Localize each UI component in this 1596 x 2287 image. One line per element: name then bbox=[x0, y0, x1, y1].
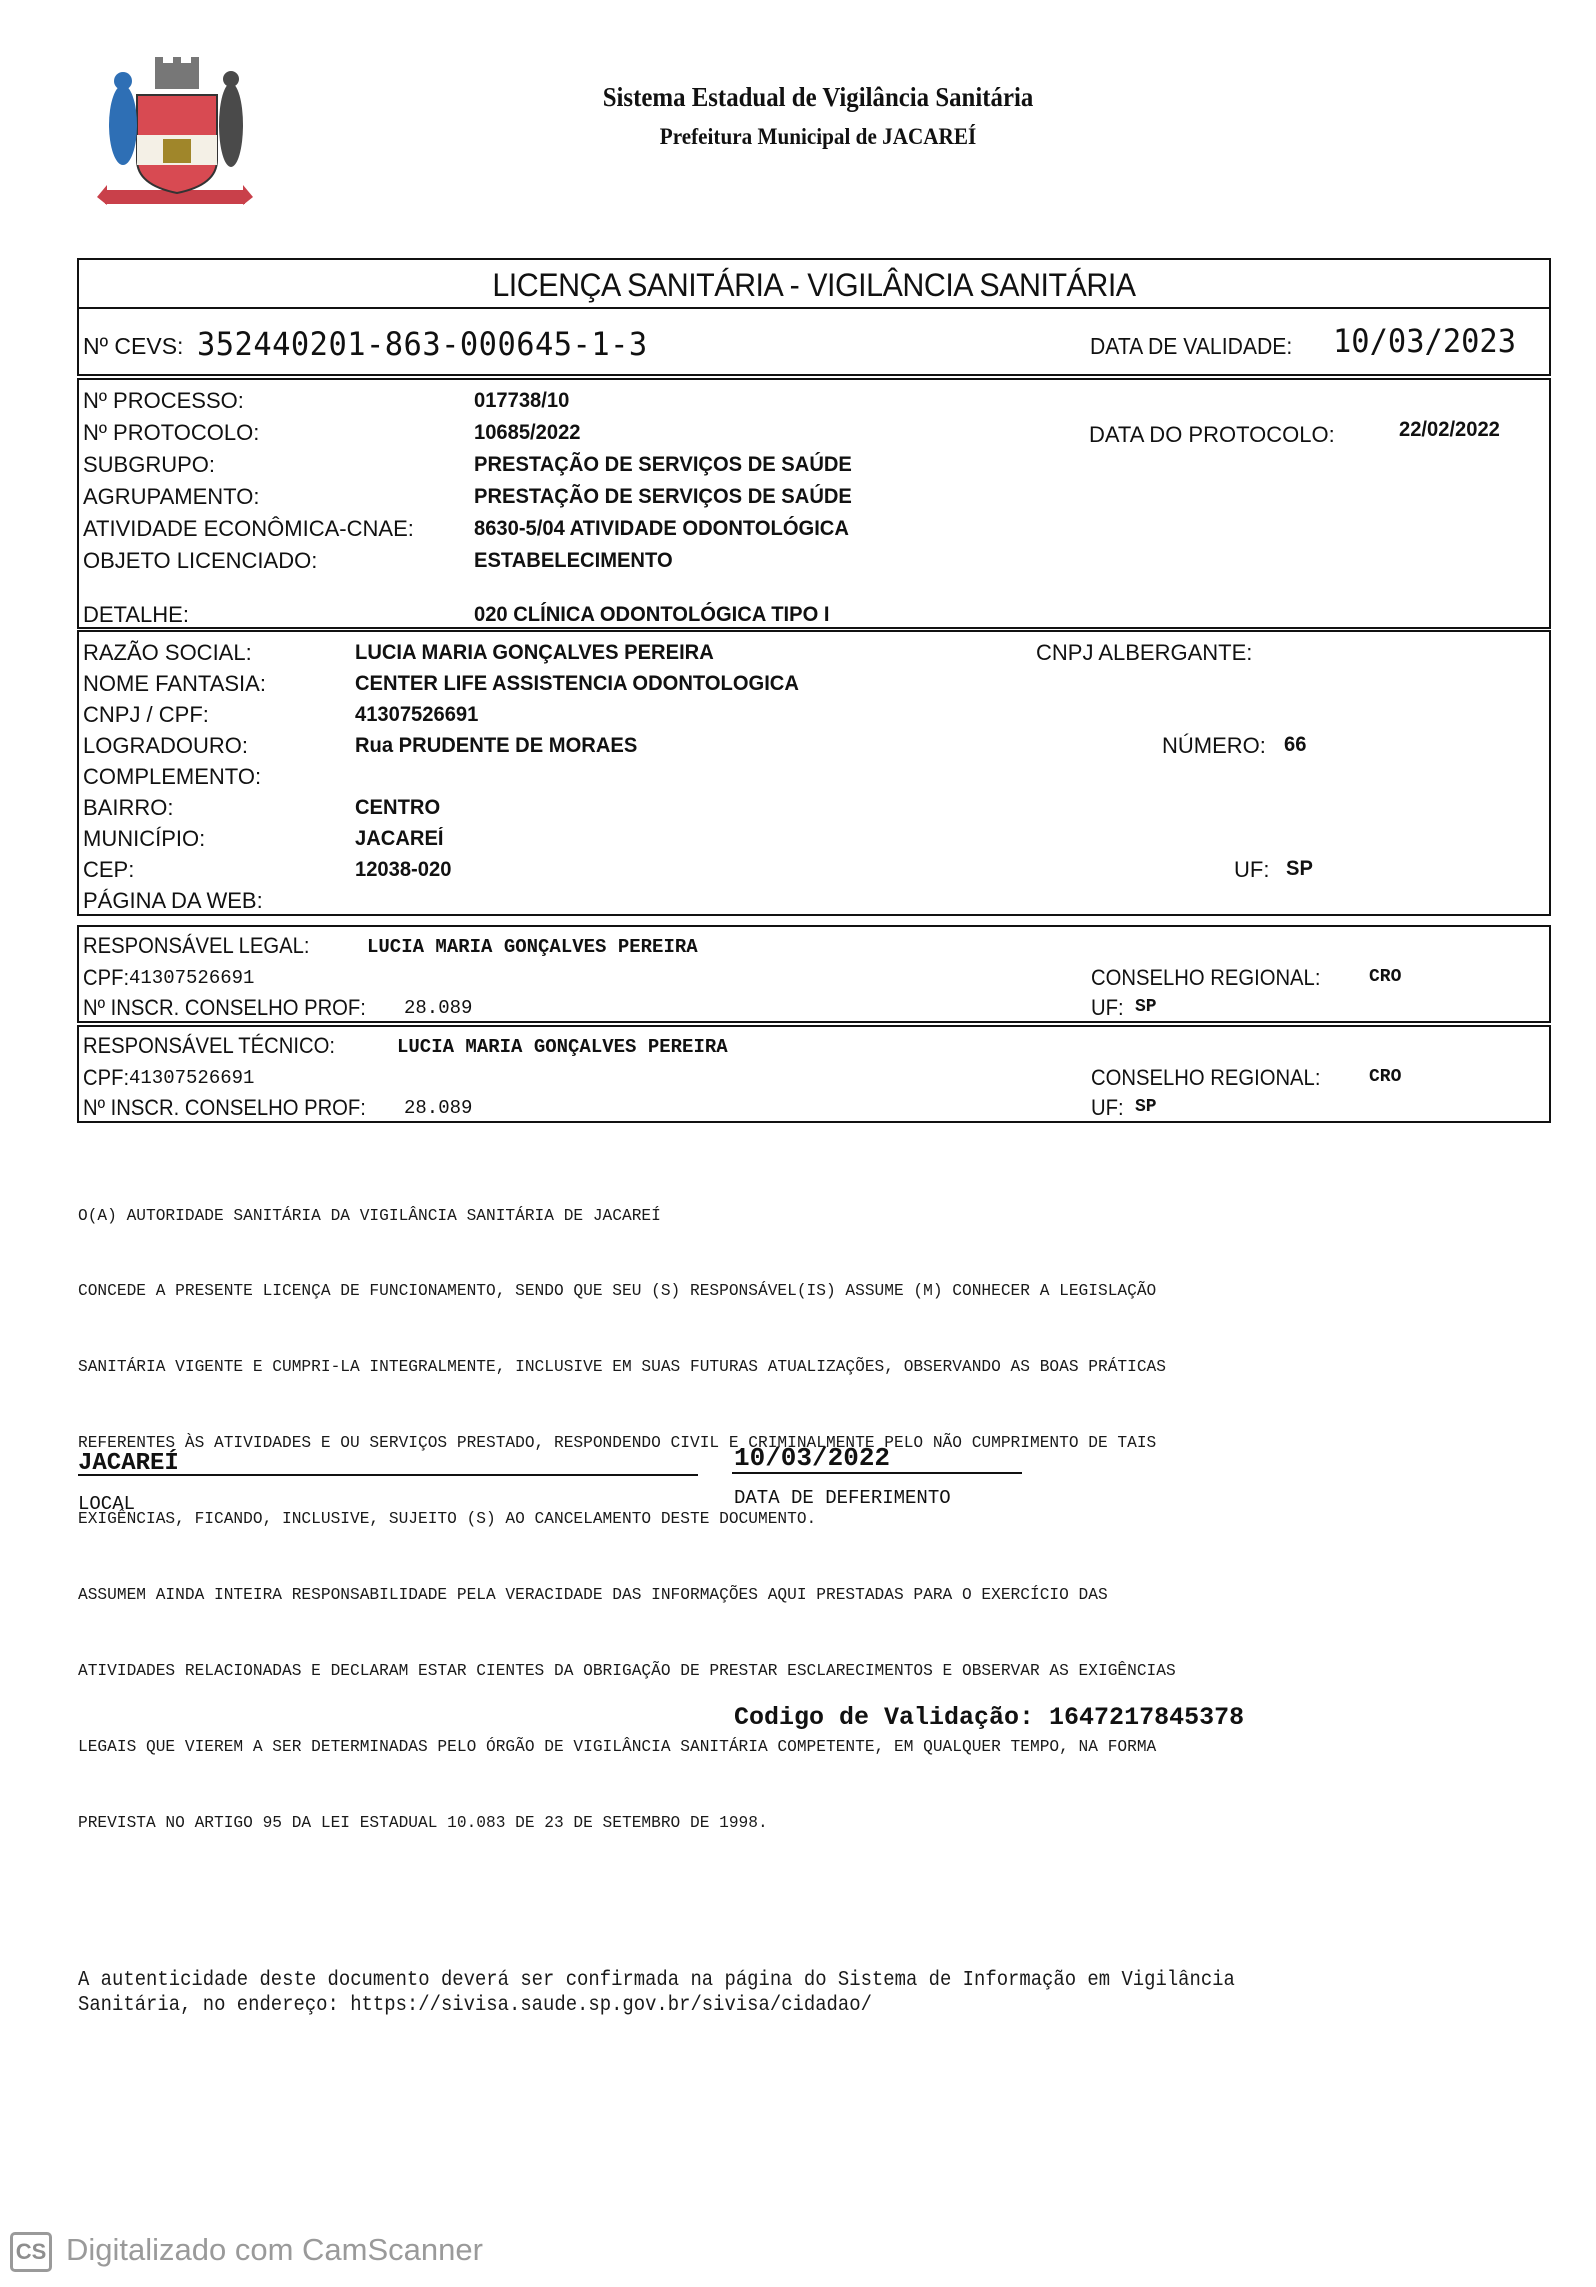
field-value: 41307526691 bbox=[355, 703, 478, 727]
deferimento-date-value: 10/03/2022 bbox=[734, 1443, 890, 1473]
field-label: RAZÃO SOCIAL: bbox=[83, 640, 252, 666]
uf-value: SP bbox=[1286, 857, 1313, 881]
cpf-label: CPF: bbox=[83, 965, 129, 991]
uf-label: UF: bbox=[1091, 1095, 1124, 1121]
declaration-line: CONCEDE A PRESENTE LICENÇA DE FUNCIONAME… bbox=[78, 1279, 1568, 1304]
field-label: Nº PROTOCOLO: bbox=[83, 420, 259, 446]
field-value: PRESTAÇÃO DE SERVIÇOS DE SAÚDE bbox=[474, 485, 852, 509]
deferimento-date-label: DATA DE DEFERIMENTO bbox=[734, 1487, 951, 1509]
header-subtitle: Prefeitura Municipal de JACAREÍ bbox=[65, 124, 1570, 150]
field-label: MUNICÍPIO: bbox=[83, 826, 205, 852]
cevs-value: 352440201-863-000645-1-3 bbox=[197, 325, 648, 363]
cpf-label: CPF: bbox=[83, 1065, 129, 1091]
date-underline bbox=[732, 1472, 1022, 1474]
protocol-date-label: DATA DO PROTOCOLO: bbox=[1089, 422, 1335, 448]
field-value: 017738/10 bbox=[474, 389, 569, 413]
inscr-value: 28.089 bbox=[404, 1097, 472, 1119]
license-title: LICENÇA SANITÁRIA - VIGILÂNCIA SANITÁRIA bbox=[116, 267, 1513, 304]
responsavel-legal-name: LUCIA MARIA GONÇALVES PEREIRA bbox=[367, 936, 698, 958]
inscr-value: 28.089 bbox=[404, 997, 472, 1019]
cevs-label: Nº CEVS: bbox=[83, 333, 183, 360]
establishment-info-box: RAZÃO SOCIAL: LUCIA MARIA GONÇALVES PERE… bbox=[77, 630, 1551, 916]
validation-code: Codigo de Validação: 1647217845378 bbox=[734, 1703, 1244, 1732]
field-value: 12038-020 bbox=[355, 858, 451, 882]
declaration-line: O(A) AUTORIDADE SANITÁRIA DA VIGILÂNCIA … bbox=[78, 1204, 1568, 1229]
field-value: JACAREÍ bbox=[355, 827, 444, 851]
declaration-line: EXIGÊNCIAS, FICANDO, INCLUSIVE, SUJEITO … bbox=[78, 1507, 1568, 1532]
responsavel-tecnico-label: RESPONSÁVEL TÉCNICO: bbox=[83, 1033, 335, 1059]
field-label: COMPLEMENTO: bbox=[83, 764, 261, 790]
uf-value: SP bbox=[1135, 997, 1157, 1017]
field-label: SUBGRUPO: bbox=[83, 452, 215, 478]
responsavel-tecnico-name: LUCIA MARIA GONÇALVES PEREIRA bbox=[397, 1036, 728, 1058]
declaration-line: SANITÁRIA VIGENTE E CUMPRI-LA INTEGRALME… bbox=[78, 1355, 1568, 1380]
field-value: PRESTAÇÃO DE SERVIÇOS DE SAÚDE bbox=[474, 453, 852, 477]
field-label: AGRUPAMENTO: bbox=[83, 484, 259, 510]
camscanner-watermark: Digitalizado com CamScanner bbox=[66, 2232, 483, 2268]
cevs-box: Nº CEVS: 352440201-863-000645-1-3 DATA D… bbox=[77, 307, 1551, 376]
field-value: CENTRO bbox=[355, 796, 440, 820]
cpf-value: 41307526691 bbox=[129, 967, 254, 989]
protocol-date-value: 22/02/2022 bbox=[1399, 418, 1500, 442]
authenticity-note-line: A autenticidade deste documento deverá s… bbox=[78, 1968, 1428, 1993]
field-label: CEP: bbox=[83, 857, 134, 883]
declaration-line: ATIVIDADES RELACIONADAS E DECLARAM ESTAR… bbox=[78, 1659, 1568, 1684]
validity-value: 10/03/2023 bbox=[1333, 322, 1516, 360]
conselho-value: CRO bbox=[1369, 967, 1401, 987]
field-label: DETALHE: bbox=[83, 602, 189, 628]
cnpj-albergante-label: CNPJ ALBERGANTE: bbox=[1036, 640, 1252, 666]
field-label: OBJETO LICENCIADO: bbox=[83, 548, 317, 574]
field-value: 020 CLÍNICA ODONTOLÓGICA TIPO I bbox=[474, 603, 829, 627]
field-value: Rua PRUDENTE DE MORAES bbox=[355, 734, 637, 758]
field-label: Nº PROCESSO: bbox=[83, 388, 244, 414]
field-label: LOGRADOURO: bbox=[83, 733, 248, 759]
field-label: BAIRRO: bbox=[83, 795, 173, 821]
conselho-label: CONSELHO REGIONAL: bbox=[1091, 1065, 1320, 1091]
field-label: NOME FANTASIA: bbox=[83, 671, 266, 697]
field-value: 10685/2022 bbox=[474, 421, 581, 445]
declaration-line: PREVISTA NO ARTIGO 95 DA LEI ESTADUAL 10… bbox=[78, 1811, 1568, 1836]
authenticity-note-line: Sanitária, no endereço: https://sivisa.s… bbox=[78, 1993, 1428, 2018]
responsavel-tecnico-box: RESPONSÁVEL TÉCNICO: LUCIA MARIA GONÇALV… bbox=[77, 1025, 1551, 1123]
field-value: CENTER LIFE ASSISTENCIA ODONTOLOGICA bbox=[355, 672, 799, 696]
local-label: LOCAL bbox=[78, 1493, 135, 1515]
inscr-label: Nº INSCR. CONSELHO PROF: bbox=[83, 1095, 366, 1121]
field-value: ESTABELECIMENTO bbox=[474, 549, 673, 573]
field-label: ATIVIDADE ECONÔMICA-CNAE: bbox=[83, 516, 414, 542]
uf-label: UF: bbox=[1234, 857, 1269, 883]
declaration-line: LEGAIS QUE VIEREM A SER DETERMINADAS PEL… bbox=[78, 1735, 1568, 1760]
responsavel-legal-label: RESPONSÁVEL LEGAL: bbox=[83, 933, 309, 959]
local-underline bbox=[78, 1474, 698, 1476]
responsavel-legal-box: RESPONSÁVEL LEGAL: LUCIA MARIA GONÇALVES… bbox=[77, 925, 1551, 1023]
field-value: 8630-5/04 ATIVIDADE ODONTOLÓGICA bbox=[474, 517, 849, 541]
process-info-box: Nº PROCESSO: 017738/10 Nº PROTOCOLO: 106… bbox=[77, 378, 1551, 629]
uf-value: SP bbox=[1135, 1097, 1157, 1117]
field-value: LUCIA MARIA GONÇALVES PEREIRA bbox=[355, 641, 714, 665]
conselho-label: CONSELHO REGIONAL: bbox=[1091, 965, 1320, 991]
validity-label: DATA DE VALIDADE: bbox=[1090, 333, 1292, 360]
cpf-value: 41307526691 bbox=[129, 1067, 254, 1089]
uf-label: UF: bbox=[1091, 995, 1124, 1021]
conselho-value: CRO bbox=[1369, 1067, 1401, 1087]
field-label: PÁGINA DA WEB: bbox=[83, 888, 263, 914]
camscanner-logo-icon: CS bbox=[10, 2232, 52, 2272]
field-label: CNPJ / CPF: bbox=[83, 702, 209, 728]
inscr-label: Nº INSCR. CONSELHO PROF: bbox=[83, 995, 366, 1021]
local-value: JACAREÍ bbox=[78, 1450, 179, 1477]
declaration-line: ASSUMEM AINDA INTEIRA RESPONSABILIDADE P… bbox=[78, 1583, 1568, 1608]
numero-label: NÚMERO: bbox=[1162, 733, 1266, 759]
header-title: Sistema Estadual de Vigilância Sanitária bbox=[65, 82, 1570, 113]
numero-value: 66 bbox=[1284, 733, 1306, 757]
authenticity-note: A autenticidade deste documento deverá s… bbox=[78, 1968, 1428, 2018]
license-title-box: LICENÇA SANITÁRIA - VIGILÂNCIA SANITÁRIA bbox=[77, 258, 1551, 309]
